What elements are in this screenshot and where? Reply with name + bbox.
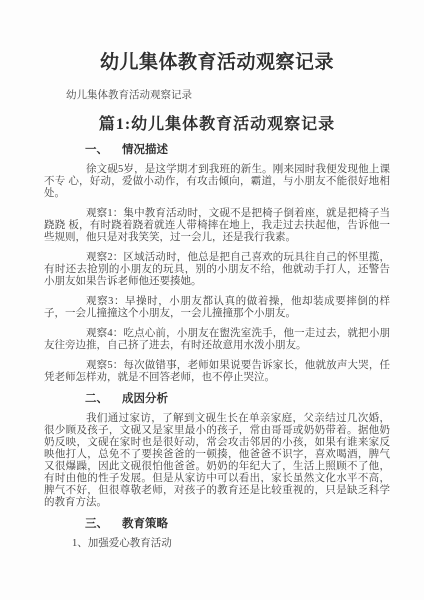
part1-heading: 篇1:幼儿集体教育活动观察记录: [44, 115, 390, 135]
section-number: 二、: [85, 393, 122, 406]
section-title: 教育策略: [122, 518, 168, 530]
para-observation-1: 观察1：集中教育活动时，文砚不是把椅子倒着座，就是把椅子当跷跷 板，有时跷着跷着…: [44, 208, 390, 244]
document-page: 幼儿集体教育活动观察记录 幼儿集体教育活动观察记录 篇1:幼儿集体教育活动观察记…: [0, 0, 424, 600]
section-heading-education-strategy: 三、教育策略: [85, 518, 390, 531]
section-heading-situation: 一、情况描述: [85, 144, 390, 157]
section-number: 一、: [85, 144, 122, 157]
para-observation-2: 观察2：区域活动时，他总是把自己喜欢的玩具往自己的怀里揽，有时还去抢别的小朋友的…: [44, 252, 390, 288]
para-observation-3: 观察3：早操时，小朋友都认真的做着操，他却装成要摔倒的样子，一会儿撞撞这个小朋友…: [44, 296, 390, 320]
section-number: 三、: [85, 518, 122, 531]
page-title: 幼儿集体教育活动观察记录: [44, 50, 390, 76]
para-observation-5: 观察5：每次做错事，老师如果说要告诉家长，他就放声大哭，任凭老师怎样劝，就是不回…: [44, 360, 390, 384]
subtitle: 幼儿集体教育活动观察记录: [66, 90, 390, 102]
list-item-strategy-1: 1、加强爱心教育活动: [44, 538, 390, 550]
para-intro: 徐文砚5岁，是这学期才到我班的新生。刚来园时我便发现他上课不专 心，好动，爱做小…: [44, 164, 390, 200]
para-cause-analysis: 我们通过家访，了解到文砚生长在单亲家庭，父亲结过几次婚，很少顾及孩子，文砚又是家…: [44, 413, 390, 509]
para-observation-4: 观察4：吃点心前，小朋友在盥洗室洗手，他一走过去，就把小朋友往旁边推，自己挤了进…: [44, 328, 390, 352]
section-title: 成因分析: [122, 393, 168, 405]
section-heading-cause-analysis: 二、成因分析: [85, 393, 390, 406]
section-title: 情况描述: [122, 144, 168, 156]
